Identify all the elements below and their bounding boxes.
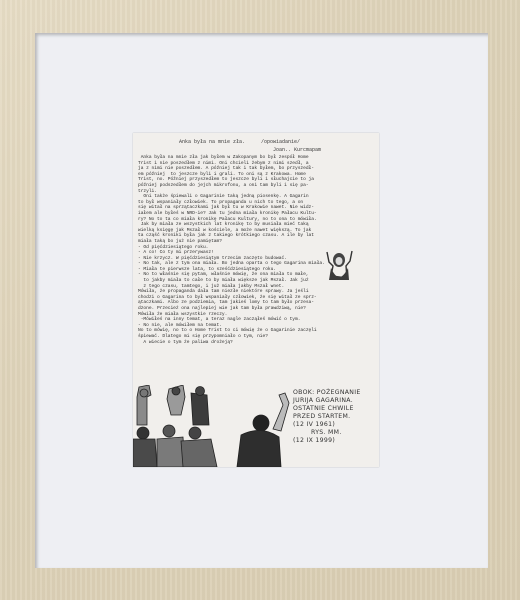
- artist-signature: RYS. MM.: [293, 429, 377, 437]
- caption-line: OSTATNIE CHWILE: [293, 405, 377, 413]
- story-title: Anka była na mnie zła.: [179, 139, 245, 145]
- handwritten-caption: OBOK: POŻEGNANIE JURIJA GAGARINA. OSTATN…: [293, 389, 377, 445]
- caption-line: PRZED STARTEM.: [293, 413, 377, 421]
- caption-line: OBOK: POŻEGNANIE: [293, 389, 377, 397]
- farewell-drawing: [133, 385, 303, 467]
- gagarin-sketch-icon: [319, 246, 359, 286]
- typewritten-page: Anka była na mnie zła. /opowiadanie/ Joa…: [133, 133, 379, 467]
- signature-date: (12 IX 1999): [293, 437, 377, 445]
- story-genre: /opowiadanie/: [261, 139, 300, 145]
- passe-partout-mat: Anka była na mnie zła. /opowiadanie/ Joa…: [35, 33, 488, 568]
- caption-line: (12 IV 1961): [293, 421, 377, 429]
- story-author: Joan.. Kurcmapam: [273, 147, 321, 153]
- caption-line: JURIJA GAGARINA.: [293, 397, 377, 405]
